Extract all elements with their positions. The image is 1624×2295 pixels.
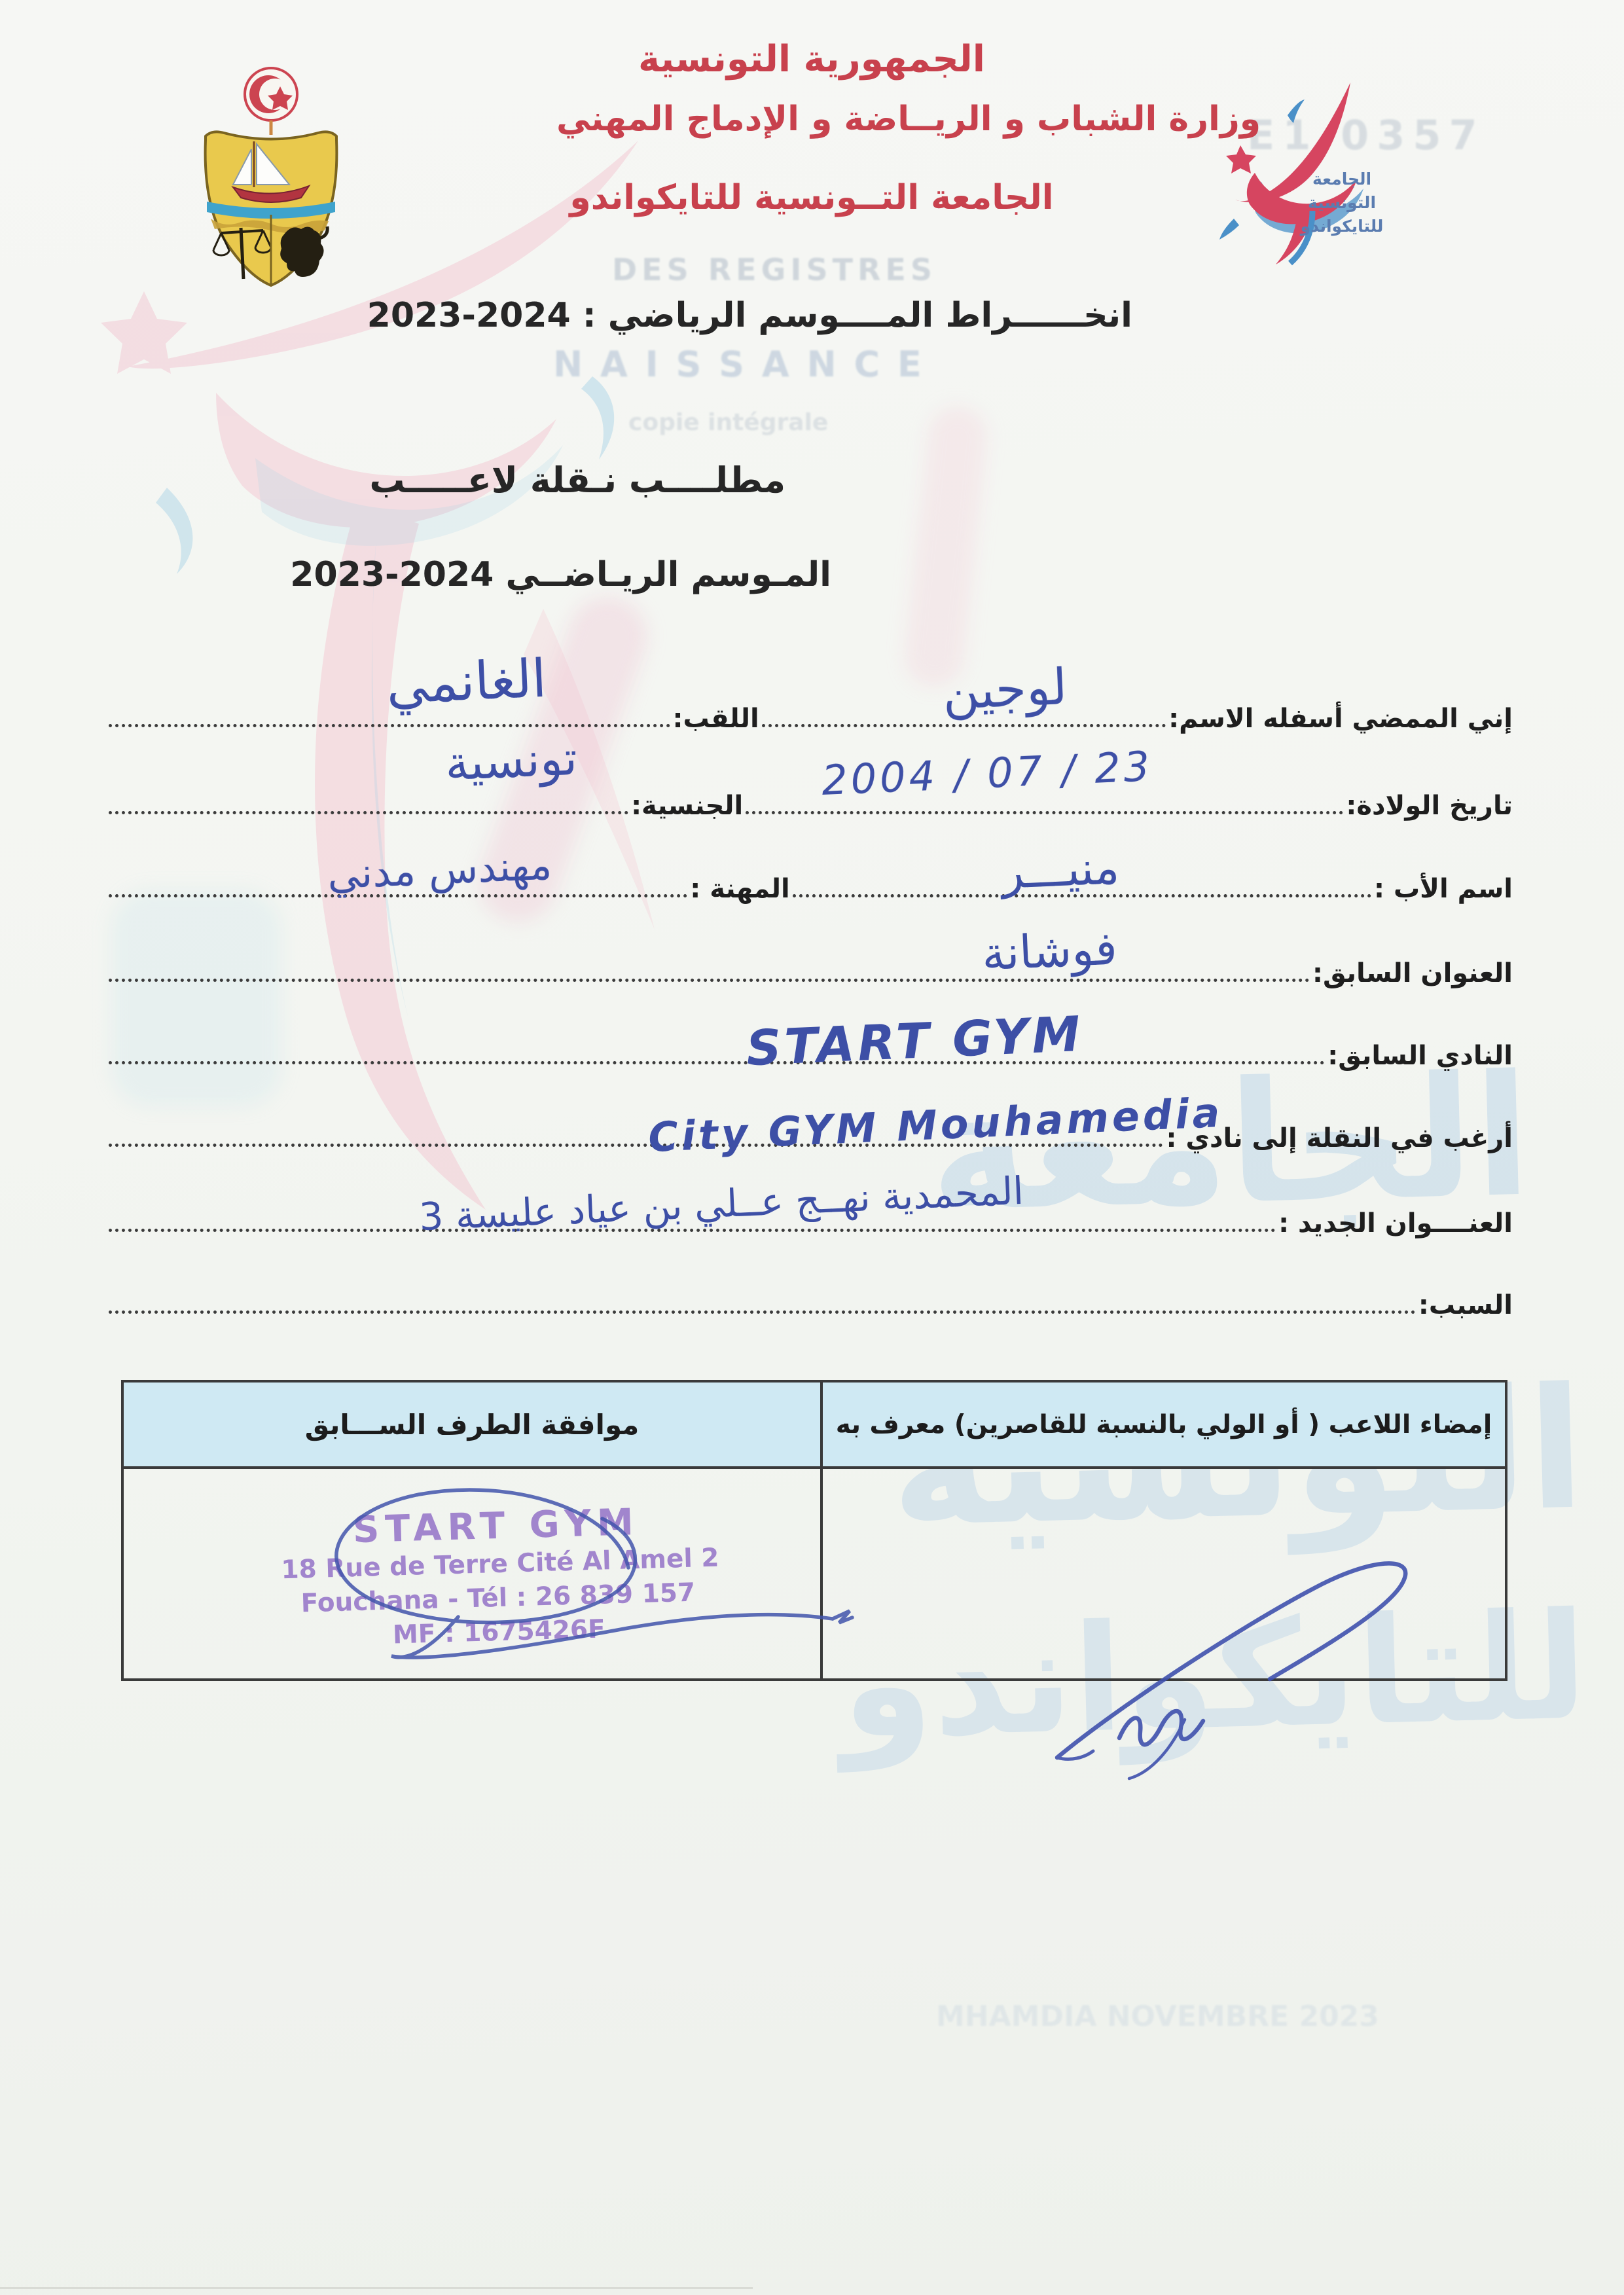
label-previous-address: العنوان السابق:: [1310, 958, 1515, 988]
label-profession: المهنة :: [687, 874, 792, 904]
dotted-line: [109, 1310, 1416, 1314]
header-federation: الجامعة التــونسية للتايكواندو: [556, 178, 1067, 217]
dotted-line: [109, 979, 1310, 982]
sport-season-title: المـوسم الريـاضــي 2024-2023: [386, 555, 831, 594]
dotted-line: [746, 811, 1343, 814]
table-header-previous-party: موافقة الطرف الســـابق: [124, 1382, 820, 1466]
table-header-player-signature: إمضاء اللاعب ( أو الولي بالنسبة للقاصرين…: [820, 1382, 1505, 1466]
dotted-line: [109, 1229, 1276, 1232]
header-republic: الجمهورية التونسية: [556, 38, 1067, 81]
form-row-name: إني الممضي أسفله الاسم: اللقب:: [109, 704, 1515, 734]
form-row-reason: السبب:: [109, 1290, 1515, 1320]
form-row-previous-address: العنوان السابق:: [109, 958, 1515, 988]
bleedthrough-text: DES REGISTRES: [612, 252, 937, 287]
bleedthrough-text: MHAMDIA NOVEMBRE 2023: [936, 2000, 1379, 2033]
handwritten-first-name: لوجين: [941, 657, 1068, 721]
bleedthrough-text: copie intégrale: [628, 409, 828, 436]
handwritten-profession: مهندس مدني: [327, 841, 553, 899]
form-row-father: اسم الأب : المهنة :: [109, 874, 1515, 904]
pink-scan-band: [902, 403, 990, 689]
dotted-line: [109, 811, 628, 814]
logo-caption-line: الجامعة: [1299, 168, 1384, 191]
transfer-request-title: مطلــــب نـقلة لاعـــــب: [419, 460, 785, 501]
label-new-address: العنــــوان الجديد :: [1276, 1208, 1515, 1238]
label-previous-club: النادي السابق:: [1325, 1041, 1515, 1071]
start-gym-stamp: START GYM 18 Rue de Terre Cité Al Amel 2…: [280, 1500, 715, 1655]
dotted-line: [109, 1061, 1325, 1064]
handwritten-surname: الغانمي: [385, 648, 548, 716]
player-signature-cell: [820, 1469, 1505, 1678]
season-registration-title: انخــــــراط المــــوسم الرياضي : 2024-2…: [458, 296, 1132, 335]
label-name: إني الممضي أسفله الاسم:: [1166, 704, 1515, 734]
logo-caption-line: التونسية: [1299, 191, 1384, 215]
federation-logo-caption: الجامعة التونسية للتايكواندو: [1299, 168, 1384, 238]
scan-edge-artifact: [0, 2287, 753, 2289]
header-ministry: وزارة الشباب و الريــاضة و الإدماج المهن…: [556, 99, 1067, 139]
logo-caption-line: للتايكواندو: [1299, 215, 1384, 238]
label-nationality: الجنسية:: [628, 791, 746, 821]
label-birthdate: تاريخ الولادة:: [1343, 791, 1515, 821]
handwritten-nationality: تونسية: [444, 731, 578, 791]
cyan-scan-band: [111, 890, 281, 1106]
scanned-transfer-form: الجامعة التونسية للتايكواندو DES REGISTR…: [0, 0, 1624, 2295]
bleedthrough-text: N A I S S A N C E: [553, 344, 924, 385]
dotted-line: [109, 724, 670, 727]
handwritten-previous-address: فوشانة: [981, 922, 1118, 981]
handwritten-father-name: منيـــر: [1000, 840, 1120, 899]
label-surname: اللقب:: [670, 704, 762, 734]
tunisia-coat-of-arms: [191, 63, 348, 289]
label-reason: السبب:: [1416, 1290, 1515, 1320]
dotted-line: [762, 724, 1166, 727]
form-row-birthdate: تاريخ الولادة: الجنسية:: [109, 791, 1515, 821]
table-header-row: إمضاء اللاعب ( أو الولي بالنسبة للقاصرين…: [124, 1382, 1505, 1469]
label-father-name: اسم الأب :: [1371, 874, 1515, 904]
